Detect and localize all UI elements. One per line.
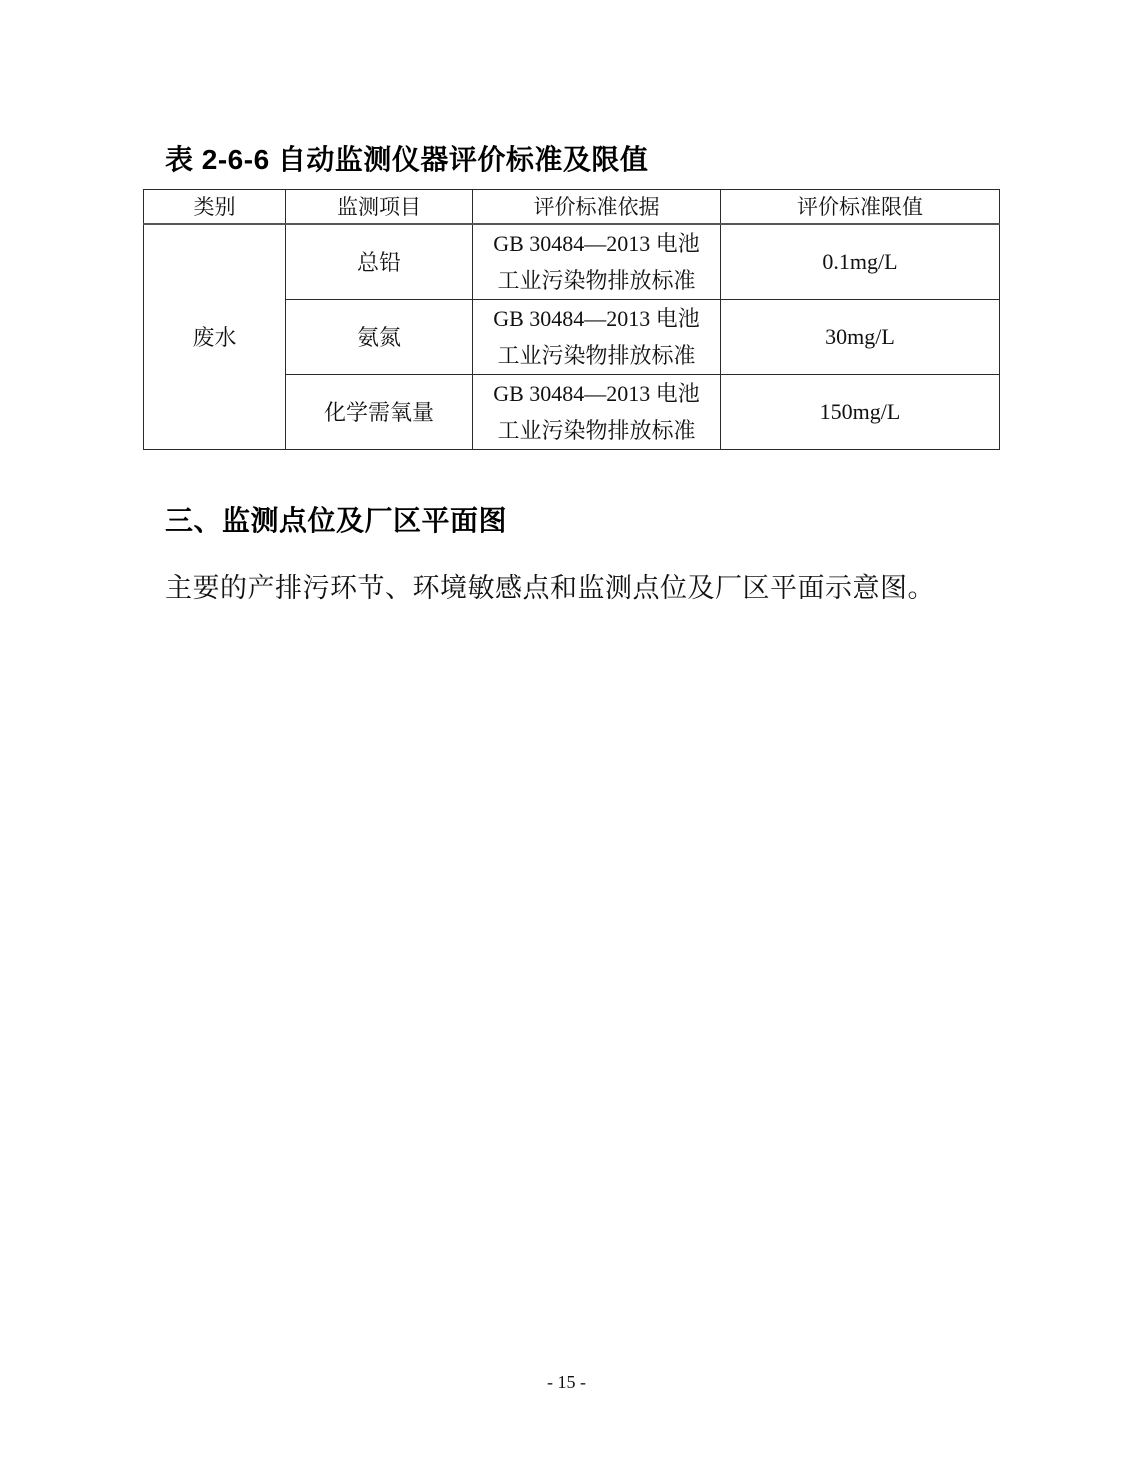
item-cell: 化学需氧量 bbox=[286, 374, 473, 449]
col-header-limit: 评价标准限值 bbox=[721, 190, 1000, 224]
limit-cell: 30mg/L bbox=[721, 299, 1000, 374]
item-cell: 氨氮 bbox=[286, 299, 473, 374]
basis-cell: GB 30484—2013 电池工业污染物排放标准 bbox=[473, 224, 721, 300]
col-header-basis: 评价标准依据 bbox=[473, 190, 721, 224]
document-page: 表 2-6-6 自动监测仪器评价标准及限值 类别 监测项目 评价标准依据 评价标… bbox=[0, 0, 1133, 1467]
limit-cell: 150mg/L bbox=[721, 374, 1000, 449]
table-title: 表 2-6-6 自动监测仪器评价标准及限值 bbox=[165, 138, 999, 178]
document-content: 表 2-6-6 自动监测仪器评价标准及限值 类别 监测项目 评价标准依据 评价标… bbox=[143, 0, 999, 605]
page-number: - 15 - bbox=[0, 1372, 1133, 1393]
limit-cell: 0.1mg/L bbox=[721, 224, 1000, 300]
table-header-row: 类别 监测项目 评价标准依据 评价标准限值 bbox=[144, 190, 1000, 224]
category-cell: 废水 bbox=[144, 224, 286, 450]
col-header-category: 类别 bbox=[144, 190, 286, 224]
table-row: 废水 总铅 GB 30484—2013 电池工业污染物排放标准 0.1mg/L bbox=[144, 224, 1000, 300]
section-heading: 三、监测点位及厂区平面图 bbox=[165, 499, 999, 539]
basis-cell: GB 30484—2013 电池工业污染物排放标准 bbox=[473, 299, 721, 374]
item-cell: 总铅 bbox=[286, 224, 473, 300]
col-header-item: 监测项目 bbox=[286, 190, 473, 224]
basis-cell: GB 30484—2013 电池工业污染物排放标准 bbox=[473, 374, 721, 449]
body-paragraph: 主要的产排污环节、环境敏感点和监测点位及厂区平面示意图。 bbox=[165, 566, 999, 605]
standards-table: 类别 监测项目 评价标准依据 评价标准限值 废水 总铅 GB 30484—201… bbox=[143, 189, 1000, 450]
